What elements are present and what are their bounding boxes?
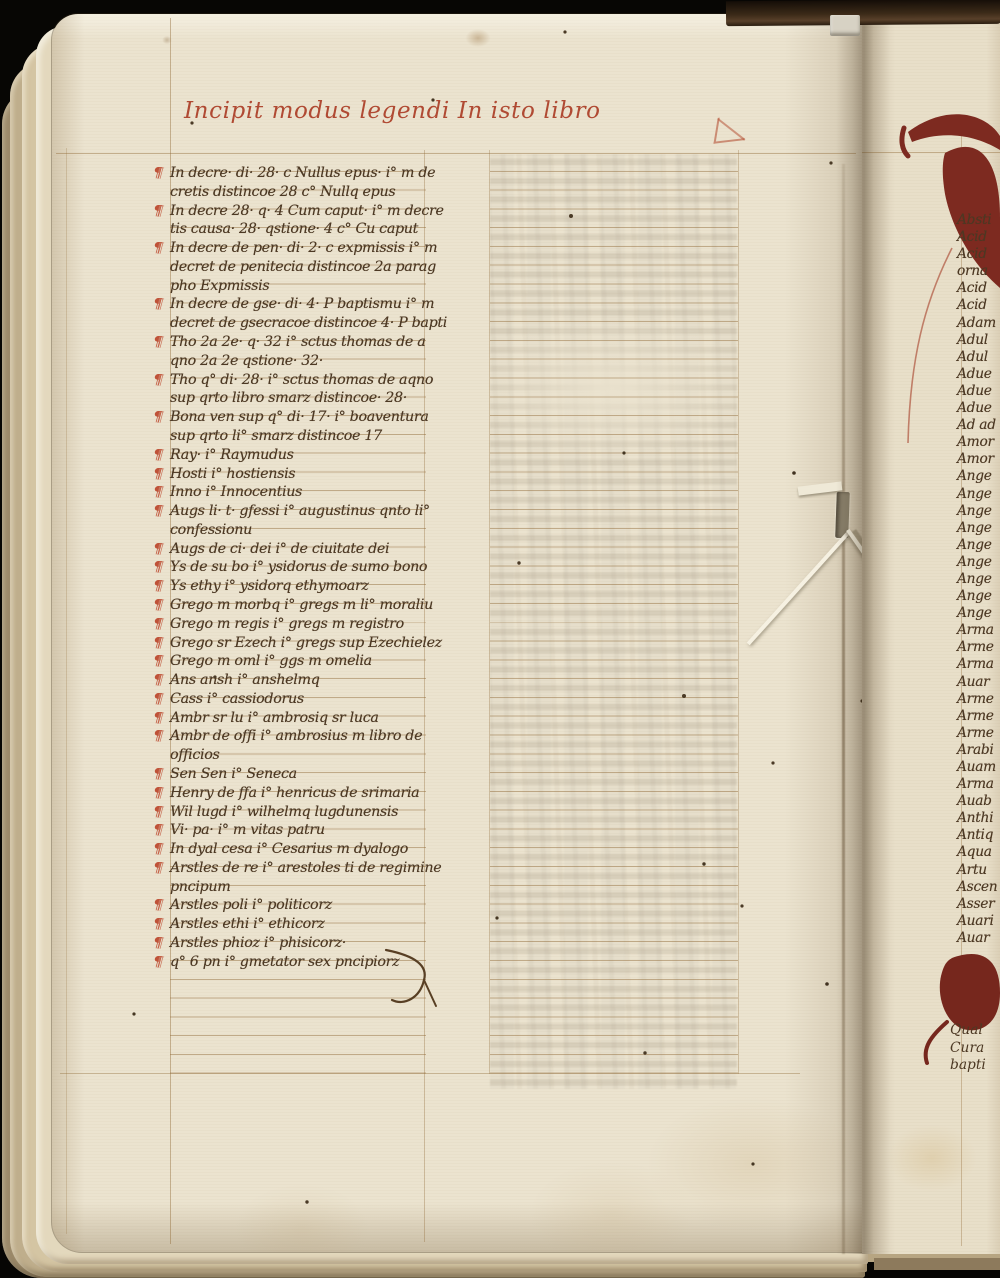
manuscript-line: ¶ Arstles ethi i° ethicorz <box>170 915 480 934</box>
fragment-text: Ange <box>957 537 992 554</box>
fragment-text: Adul <box>957 349 988 366</box>
recto-index-fragment: Auar <box>957 674 1000 691</box>
line-text: Tho q° di· 28· i° sctus thomas de aqno <box>170 371 433 390</box>
paraph-mark: ¶ <box>152 295 162 314</box>
manuscript-line: ¶ Grego m oml i° ggs m omelia <box>170 652 480 671</box>
recto-index-fragment: Auab <box>957 793 1000 810</box>
line-text: Ys de su bo i° ysidorus de sumo bono <box>170 558 427 577</box>
recto-index-fragment: Antiq <box>957 827 1000 844</box>
line-text: Hosti i° hostiensis <box>170 465 295 484</box>
paraph-mark: ¶ <box>152 784 162 803</box>
line-text: decret de penitecia distincoe 2a parag <box>170 258 436 277</box>
fragment-text: Arme <box>957 725 994 742</box>
recto-index-fragment: Ad ad <box>957 417 1000 434</box>
recto-index-fragment: Auam <box>957 759 1000 776</box>
manuscript-line: confessionu <box>170 521 480 540</box>
recto-index-fragment: Absti <box>957 212 1000 229</box>
line-text: Arstles phioz i° phisicorz· <box>170 934 346 953</box>
manuscript-photo: Incipit modus legendi In isto libro ¶ In… <box>0 0 1000 1278</box>
fragment-text: Ange <box>957 503 992 520</box>
fragment-text: Adam <box>957 315 996 332</box>
manuscript-line: ¶ Augs li· t· gfessi i° augustinus qnto … <box>170 502 480 521</box>
recto-index-fragment: Amor <box>957 434 1000 451</box>
fragment-text: Auab <box>957 793 992 810</box>
fragment-text: Absti <box>957 212 991 229</box>
manuscript-line: ¶ Cass i° cassiodorus <box>170 690 480 709</box>
fragment-text: Qual <box>950 1022 983 1039</box>
ruling-column-2 <box>490 153 738 1088</box>
line-text: cretis distincoe 28 c° Nullq epus <box>170 183 395 202</box>
fragment-text: Acid <box>957 229 987 246</box>
rubric-title: Incipit modus legendi In isto libro <box>184 98 601 124</box>
paraph-mark: ¶ <box>152 408 162 427</box>
recto-index-fragment: Amor <box>957 451 1000 468</box>
recto-index-fragment: Ange <box>957 571 1000 588</box>
manuscript-line: ¶ In decre 28· q· 4 Cum caput· i° m decr… <box>170 202 480 221</box>
paraph-mark: ¶ <box>152 596 162 615</box>
manuscript-line: ¶ Grego m morbq i° gregs m li° moraliu <box>170 596 480 615</box>
paraph-mark: ¶ <box>152 727 162 746</box>
fragment-text: Anthi <box>957 810 993 827</box>
line-text: Augs de ci· dei i° de ciuitate dei <box>170 540 389 559</box>
gutter-crease <box>842 164 845 1254</box>
paraph-mark: ¶ <box>152 915 162 934</box>
fragment-text: Auari <box>957 913 994 930</box>
line-text: Grego m regis i° gregs m registro <box>170 615 404 634</box>
recto-index-fragment: Ange <box>957 468 1000 485</box>
fragment-text: Ange <box>957 571 992 588</box>
line-text: Tho 2a 2e· q· 32 i° sctus thomas de a <box>170 333 425 352</box>
manuscript-line: pncipum <box>170 878 480 897</box>
fragment-text: Antiq <box>957 827 993 844</box>
recto-index-fragment: Adam <box>957 315 1000 332</box>
paraph-mark: ¶ <box>152 539 162 558</box>
fragment-text: Acid <box>957 280 987 297</box>
paraph-mark: ¶ <box>152 953 162 972</box>
line-text: Arstles de re i° arestoles ti de regimin… <box>170 859 441 878</box>
fragment-text: Adue <box>957 400 992 417</box>
recto-index-fragment: Ange <box>957 588 1000 605</box>
fragment-text: Ascen <box>957 879 997 896</box>
line-text: Grego m oml i° ggs m omelia <box>170 652 372 671</box>
line-text: Grego sr Ezech i° gregs sup Ezechielez <box>170 634 442 653</box>
manuscript-line: ¶ Henry de ffa i° henricus de srimaria <box>170 784 480 803</box>
manuscript-line: pho Expmissis <box>170 277 480 296</box>
fragment-text: bapti <box>950 1057 986 1074</box>
fragment-text: Auam <box>957 759 996 776</box>
fragment-text: Auar <box>957 930 989 947</box>
line-text: Inno i° Innocentius <box>170 483 302 502</box>
fragment-text: Arma <box>957 622 994 639</box>
line-text: Augs li· t· gfessi i° augustinus qnto li… <box>170 502 430 521</box>
fragment-text: Arme <box>957 691 994 708</box>
fragment-text: Arme <box>957 639 994 656</box>
recto-bottom-fragment: Cura <box>950 1040 1000 1058</box>
paraph-mark: ¶ <box>152 671 162 690</box>
fragment-text: Arabi <box>957 742 994 759</box>
ruling-vertical-far-left <box>66 148 67 1234</box>
recto-index-fragment: Adul <box>957 332 1000 349</box>
manuscript-line: sup qrto libro smarz distincoe· 28· <box>170 389 480 408</box>
paraph-mark: ¶ <box>152 821 162 840</box>
recto-index-fragment: Acid <box>957 280 1000 297</box>
manuscript-line: ¶ Tho q° di· 28· i° sctus thomas de aqno <box>170 371 480 390</box>
manuscript-line: ¶ Tho 2a 2e· q· 32 i° sctus thomas de a <box>170 333 480 352</box>
line-text: Ambr sr lu i° ambrosiq sr luca <box>170 709 379 728</box>
manuscript-line: ¶ Ray· i° Raymudus <box>170 446 480 465</box>
paraph-mark: ¶ <box>152 333 162 352</box>
line-text: Ans ansh i° anshelmq <box>170 671 320 690</box>
fragment-text: Artu <box>957 862 987 879</box>
recto-index-fragment: Artu <box>957 862 1000 879</box>
line-text: q° 6 pn i° gmetator sex pncipiorz <box>170 953 399 972</box>
fragment-text: Ange <box>957 588 992 605</box>
line-text: decret de gsecracoe distincoe 4· P bapti <box>170 314 447 333</box>
ruling-top-margin <box>56 153 856 154</box>
manuscript-line: ¶ In decre de pen· di· 2· c expmissis i°… <box>170 239 480 258</box>
paraph-mark: ¶ <box>152 502 162 521</box>
fragment-text: Cura <box>950 1040 984 1057</box>
line-text: In decre de gse· di· 4· P baptismu i° m <box>170 295 434 314</box>
line-text: qno 2a 2e qstione· 32· <box>170 352 323 371</box>
ruling-vertical-col2-left <box>489 150 490 1074</box>
pen-flourish <box>382 946 444 1012</box>
paraph-mark: ¶ <box>152 483 162 502</box>
line-text: In decre 28· q· 4 Cum caput· i° m decre <box>170 202 444 221</box>
recto-index-fragment: Ascen <box>957 879 1000 896</box>
paraph-mark: ¶ <box>152 614 162 633</box>
paraph-mark: ¶ <box>152 633 162 652</box>
recto-index-fragment: Ange <box>957 486 1000 503</box>
recto-index-fragment: Auari <box>957 913 1000 930</box>
fragment-text: Amor <box>957 434 994 451</box>
line-text: In decre de pen· di· 2· c expmissis i° m <box>170 239 437 258</box>
paraph-mark: ¶ <box>152 577 162 596</box>
manuscript-line: ¶ Inno i° Innocentius <box>170 483 480 502</box>
line-text: Sen Sen i° Seneca <box>170 765 297 784</box>
line-text: Henry de ffa i° henricus de srimaria <box>170 784 419 803</box>
line-text: sup qrto libro smarz distincoe· 28· <box>170 389 407 408</box>
line-text: pncipum <box>170 878 230 897</box>
fragment-text: Ange <box>957 554 992 571</box>
tear-flap-top <box>798 481 843 495</box>
manuscript-line: ¶ Ys ethy i° ysidorq ethymoarz <box>170 577 480 596</box>
paraph-mark: ¶ <box>152 370 162 389</box>
fragment-text: Adue <box>957 366 992 383</box>
line-text: Cass i° cassiodorus <box>170 690 304 709</box>
paraph-mark: ¶ <box>152 859 162 878</box>
manuscript-line: tis causa· 28· qstione· 4 c° Cu caput <box>170 220 480 239</box>
line-text: In decre· di· 28· c Nullus epus· i° m de <box>170 164 435 183</box>
recto-index-fragment: Ange <box>957 554 1000 571</box>
manuscript-line: ¶ In decre· di· 28· c Nullus epus· i° m … <box>170 164 480 183</box>
recto-bottom-edge-2 <box>874 1258 1000 1270</box>
gutter-repair-tab <box>830 15 860 36</box>
recto-index-fragment: Auar <box>957 930 1000 947</box>
fragment-text: Auar <box>957 674 989 691</box>
recto-index-fragment: Arma <box>957 776 1000 793</box>
recto-index-fragment: Acid <box>957 246 1000 263</box>
paraph-mark: ¶ <box>152 239 162 258</box>
paraph-mark: ¶ <box>152 652 162 671</box>
line-text: Bona ven sup q° di· 17· i° boaventura <box>170 408 429 427</box>
recto-index-fragment: Ange <box>957 537 1000 554</box>
recto-index-fragment: Ange <box>957 605 1000 622</box>
fragment-text: Acid <box>957 297 987 314</box>
line-text: confessionu <box>170 521 252 540</box>
line-text: pho Expmissis <box>170 277 269 296</box>
recto-index-fragment: Arabi <box>957 742 1000 759</box>
paraph-mark: ¶ <box>152 164 162 183</box>
recto-bottom-fragment: bapti <box>950 1057 1000 1075</box>
manuscript-line: ¶ Grego m regis i° gregs m registro <box>170 615 480 634</box>
line-text: sup qrto li° smarz distincoe 17 <box>170 427 382 446</box>
paraph-mark: ¶ <box>152 765 162 784</box>
manuscript-line: ¶ Arstles de re i° arestoles ti de regim… <box>170 859 480 878</box>
recto-index-fragment: Adue <box>957 383 1000 400</box>
fragment-text: Acid <box>957 246 987 263</box>
manuscript-line: ¶ Ambr sr lu i° ambrosiq sr luca <box>170 709 480 728</box>
manuscript-line: decret de gsecracoe distincoe 4· P bapti <box>170 314 480 333</box>
index-text-column: ¶ In decre· di· 28· c Nullus epus· i° m … <box>170 164 480 972</box>
ruling-bottom-margin <box>60 1073 800 1074</box>
recto-index-fragment: orna <box>957 263 1000 280</box>
fragment-text: Arma <box>957 776 994 793</box>
manuscript-line: ¶ Augs de ci· dei i° de ciuitate dei <box>170 540 480 559</box>
ruling-vertical-col2-right <box>738 150 739 1074</box>
paraph-mark: ¶ <box>152 558 162 577</box>
fragment-text: Ad ad <box>957 417 996 434</box>
fragment-text: Ange <box>957 520 992 537</box>
fragment-text: Ange <box>957 605 992 622</box>
line-text: tis causa· 28· qstione· 4 c° Cu caput <box>170 220 418 239</box>
line-text: Ys ethy i° ysidorq ethymoarz <box>170 577 369 596</box>
fragment-text: Arme <box>957 708 994 725</box>
fragment-text: Adue <box>957 383 992 400</box>
manuscript-line: ¶ Vi· pa· i° m vitas patru <box>170 821 480 840</box>
line-text: Arstles ethi i° ethicorz <box>170 915 325 934</box>
manuscript-line: ¶ Grego sr Ezech i° gregs sup Ezechielez <box>170 634 480 653</box>
left-page: Incipit modus legendi In isto libro ¶ In… <box>52 14 866 1252</box>
recto-index-fragment: Adue <box>957 366 1000 383</box>
right-page: Absti Acid Acid orna Acid Acid Adam Adul… <box>862 18 1000 1254</box>
fragment-text: Aqua <box>957 844 992 861</box>
recto-index-fragment: Adul <box>957 349 1000 366</box>
manuscript-line: ¶ Wil lugd i° wilhelmq lugdunensis <box>170 803 480 822</box>
paraph-mark: ¶ <box>152 840 162 859</box>
line-text: Arstles poli i° politicorz <box>170 896 332 915</box>
tear-line-left <box>747 530 851 645</box>
recto-bottom-fragment: Qual <box>950 1022 1000 1040</box>
recto-index-fragment: Ange <box>957 520 1000 537</box>
recto-index-fragment: Arma <box>957 656 1000 673</box>
line-text: officios <box>170 746 220 765</box>
recto-index-fragment: Asser <box>957 896 1000 913</box>
manuscript-line: ¶ Arstles poli i° politicorz <box>170 896 480 915</box>
fragment-text: Ange <box>957 486 992 503</box>
paraph-mark: ¶ <box>152 464 162 483</box>
fly-specks <box>52 14 54 16</box>
recto-index-fragment: Arme <box>957 708 1000 725</box>
fragment-text: Asser <box>957 896 994 913</box>
paraph-mark: ¶ <box>152 802 162 821</box>
recto-bottom-lines: Qual Cura bapti <box>950 1022 1000 1075</box>
paraph-mark: ¶ <box>152 934 162 953</box>
recto-index-fragment: Acid <box>957 229 1000 246</box>
recto-index-fragment: Arme <box>957 691 1000 708</box>
manuscript-line: officios <box>170 746 480 765</box>
line-text: Ambr de offi i° ambrosius m libro de <box>170 727 422 746</box>
fragment-text: orna <box>957 263 988 280</box>
manuscript-line: cretis distincoe 28 c° Nullq epus <box>170 183 480 202</box>
manuscript-line: decret de penitecia distincoe 2a parag <box>170 258 480 277</box>
recto-index-fragment: Acid <box>957 297 1000 314</box>
manuscript-line: ¶ Ambr de offi i° ambrosius m libro de <box>170 727 480 746</box>
line-text: In dyal cesa i° Cesarius m dyalogo <box>170 840 408 859</box>
recto-index-fragment: Adue <box>957 400 1000 417</box>
manuscript-line: ¶ Ys de su bo i° ysidorus de sumo bono <box>170 558 480 577</box>
manuscript-line: qno 2a 2e qstione· 32· <box>170 352 480 371</box>
fragment-text: Ange <box>957 468 992 485</box>
recto-index-fragment: Arme <box>957 725 1000 742</box>
fragment-text: Arma <box>957 656 994 673</box>
manuscript-line: ¶ In decre de gse· di· 4· P baptismu i° … <box>170 295 480 314</box>
manuscript-line: ¶ Hosti i° hostiensis <box>170 465 480 484</box>
paraph-mark: ¶ <box>152 690 162 709</box>
manuscript-line: sup qrto li° smarz distincoe 17 <box>170 427 480 446</box>
line-text: Ray· i° Raymudus <box>170 446 294 465</box>
manuscript-line: ¶ Ans ansh i° anshelmq <box>170 671 480 690</box>
paraph-mark: ¶ <box>152 445 162 464</box>
line-text: Vi· pa· i° m vitas patru <box>170 821 325 840</box>
paraph-mark: ¶ <box>152 201 162 220</box>
line-text: Grego m morbq i° gregs m li° moraliu <box>170 596 433 615</box>
paraph-mark: ¶ <box>152 896 162 915</box>
fragment-text: Adul <box>957 332 988 349</box>
line-text: Wil lugd i° wilhelmq lugdunensis <box>170 803 398 822</box>
paraph-mark: ¶ <box>152 708 162 727</box>
recto-index-fragment: Anthi <box>957 810 1000 827</box>
manuscript-line: ¶ Sen Sen i° Seneca <box>170 765 480 784</box>
recto-index-fragment: Ange <box>957 503 1000 520</box>
manuscript-line: ¶ In dyal cesa i° Cesarius m dyalogo <box>170 840 480 859</box>
manuscript-line: ¶ Bona ven sup q° di· 17· i° boaventura <box>170 408 480 427</box>
recto-index-column: Absti Acid Acid orna Acid Acid Adam Adul… <box>957 212 1000 947</box>
recto-index-fragment: Arma <box>957 622 1000 639</box>
fragment-text: Amor <box>957 451 994 468</box>
binding-spine <box>726 0 1000 26</box>
recto-index-fragment: Aqua <box>957 844 1000 861</box>
recto-index-fragment: Arme <box>957 639 1000 656</box>
